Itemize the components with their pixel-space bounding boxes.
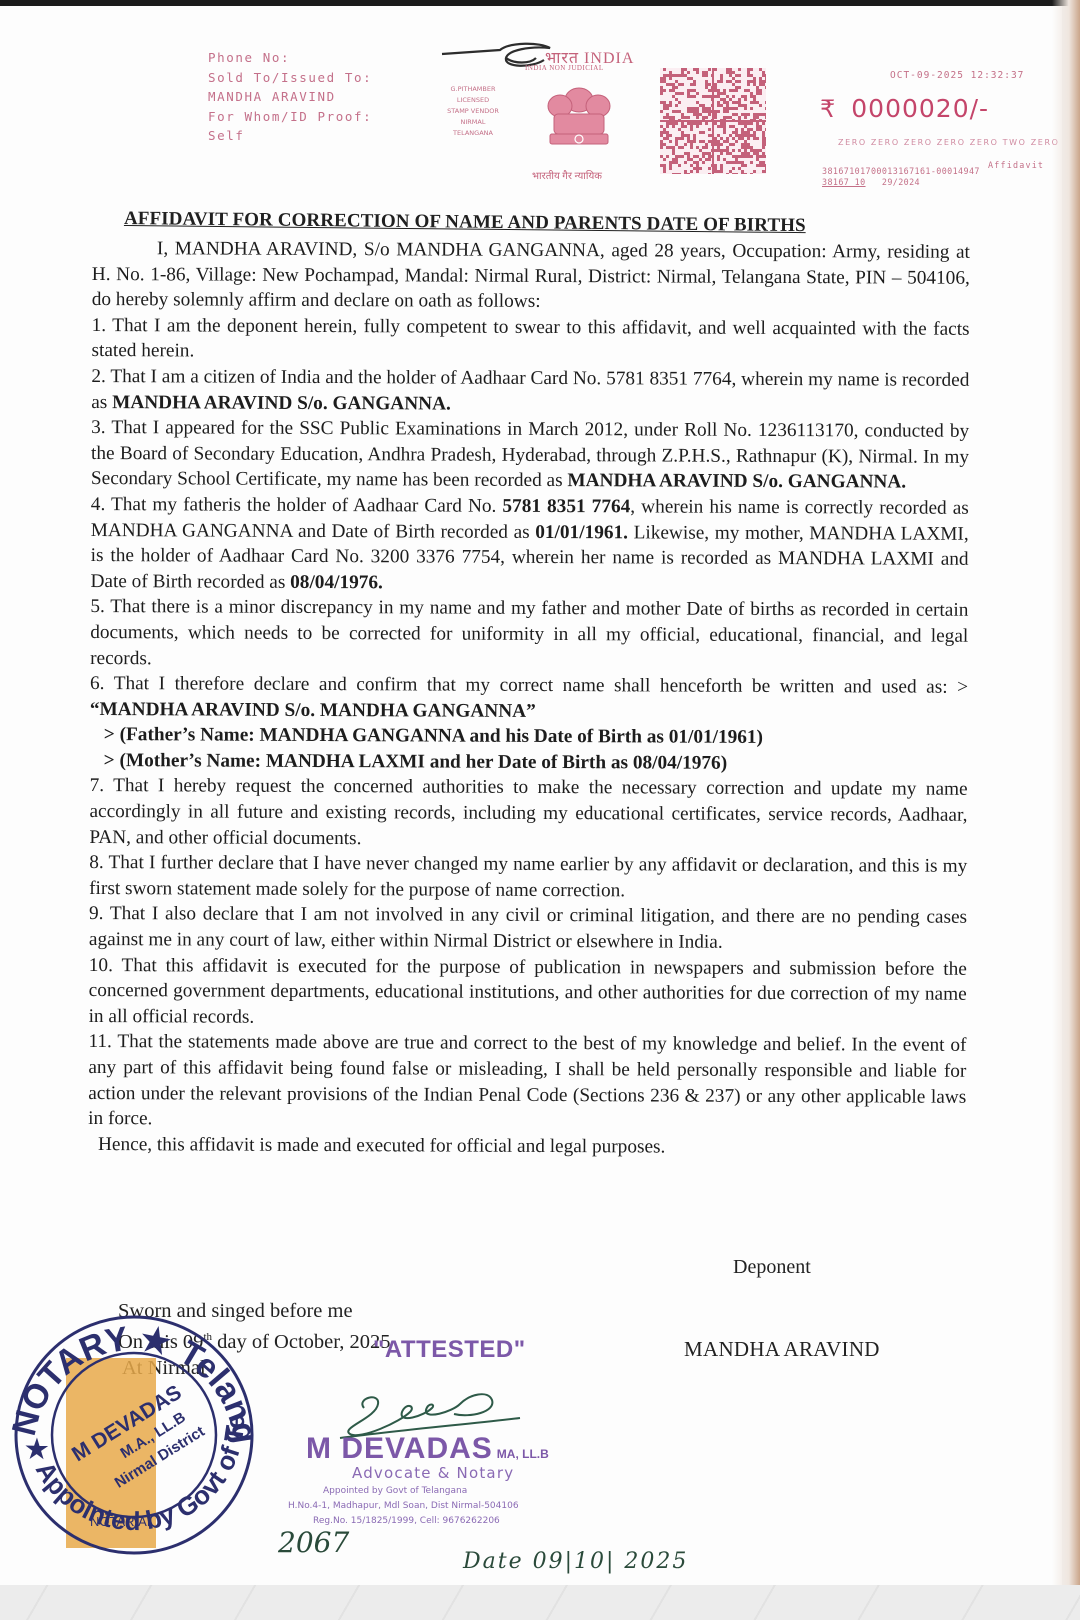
amount-in-words: ZERO ZERO ZERO ZERO ZERO TWO ZERO	[838, 138, 1060, 147]
notary-title: Advocate & Notary	[352, 1464, 514, 1482]
clause-4: 4. That my fatheris the holder of Aadhaa…	[90, 492, 968, 598]
intro-paragraph: I, MANDHA ARAVIND, S/o MANDHA GANGANNA, …	[92, 236, 970, 317]
clause-5: 5. That there is a minor discrepancy in …	[90, 594, 968, 675]
phone-label: Phone No:	[208, 48, 372, 68]
stamp-amount-value: 0000020/-	[851, 94, 989, 123]
notary-appointment: Appointed by Govt of Telangana	[323, 1486, 467, 1496]
notary-registration: Reg.No. 15/1825/1999, Cell: 9676262206	[313, 1516, 500, 1526]
sold-to-name: MANDHA ARAVIND	[208, 87, 372, 107]
stamp-date-time: OCT-09-2025 12:32:37	[890, 70, 1024, 81]
clause-11: 11. That the statements made above are t…	[88, 1029, 966, 1135]
clause-6-father: > (Father’s Name: MANDHA GANGANNA and hi…	[90, 722, 968, 751]
clause-6-mother: > (Mother’s Name: MANDHA LAXMI and her D…	[90, 748, 968, 777]
handwritten-date: Date 09|10| 2025	[463, 1549, 688, 1574]
attested-stamp: "ATTESTED"	[373, 1336, 526, 1364]
stamp-serial: Affidavit 38167101700013167161-00014947 …	[822, 166, 980, 188]
svg-text:NOTARIAL: NOTARIAL	[90, 1514, 154, 1529]
deponent-name: MANDHA ARAVIND	[684, 1337, 880, 1362]
stamp-amount: ₹0000020/-	[820, 94, 989, 123]
background-surface	[0, 1585, 1080, 1620]
deponent-label: Deponent	[733, 1256, 811, 1279]
rupee-icon: ₹	[820, 95, 835, 123]
clause-9: 9. That I also declare that I am not inv…	[89, 901, 967, 956]
for-whom-label: For Whom/ID Proof:	[208, 107, 372, 127]
vendor-signature-icon	[440, 38, 560, 78]
notary-name-stamp: M DEVADASMA, LL.B	[306, 1432, 549, 1466]
ashoka-emblem-icon	[540, 80, 618, 152]
clause-2: 2. That I am a citizen of India and the …	[91, 364, 969, 419]
photo-edge-shadow	[1052, 0, 1080, 1585]
stamp-sold-to-block: Phone No: Sold To/Issued To: MANDHA ARAV…	[208, 48, 372, 146]
hence-line: Hence, this affidavit is made and execut…	[88, 1132, 966, 1161]
for-whom-value: Self	[208, 126, 372, 146]
clause-3: 3. That I appeared for the SSC Public Ex…	[91, 415, 969, 496]
stamp-purpose: Affidavit	[988, 160, 1044, 171]
serial-line-2: 38167 10 29/2024	[822, 177, 980, 188]
vendor-details: G.PITHAMBER LICENSED STAMP VENDOR NIRMAL…	[438, 84, 508, 139]
clause-6: 6. That I therefore declare and confirm …	[90, 671, 968, 726]
handwritten-register-number: 2067	[278, 1526, 349, 1559]
serial-line-1: 38167101700013167161-00014947	[822, 166, 980, 177]
non-judicial-label: INDIA NON JUDICIAL	[525, 64, 604, 72]
clause-7: 7. That I hereby request the concerned a…	[89, 773, 967, 854]
notary-address: H.No.4-1, Madhapur, Mdl Soan, Dist Nirma…	[288, 1501, 519, 1511]
hindi-non-judicial-label: भारतीय गैर न्यायिक	[532, 168, 602, 182]
clause-10: 10. That this affidavit is executed for …	[89, 953, 967, 1034]
clause-8: 8. That I further declare that I have ne…	[89, 850, 967, 905]
clause-1: 1. That I am the deponent herein, fully …	[91, 313, 969, 368]
sold-to-label: Sold To/Issued To:	[208, 68, 372, 88]
affidavit-body: I, MANDHA ARAVIND, S/o MANDHA GANGANNA, …	[88, 236, 970, 1161]
notary-seal-icon: NOTARY ★ Telangana ★ Appointed by Govt o…	[4, 1300, 264, 1560]
qr-code-icon	[660, 68, 766, 174]
